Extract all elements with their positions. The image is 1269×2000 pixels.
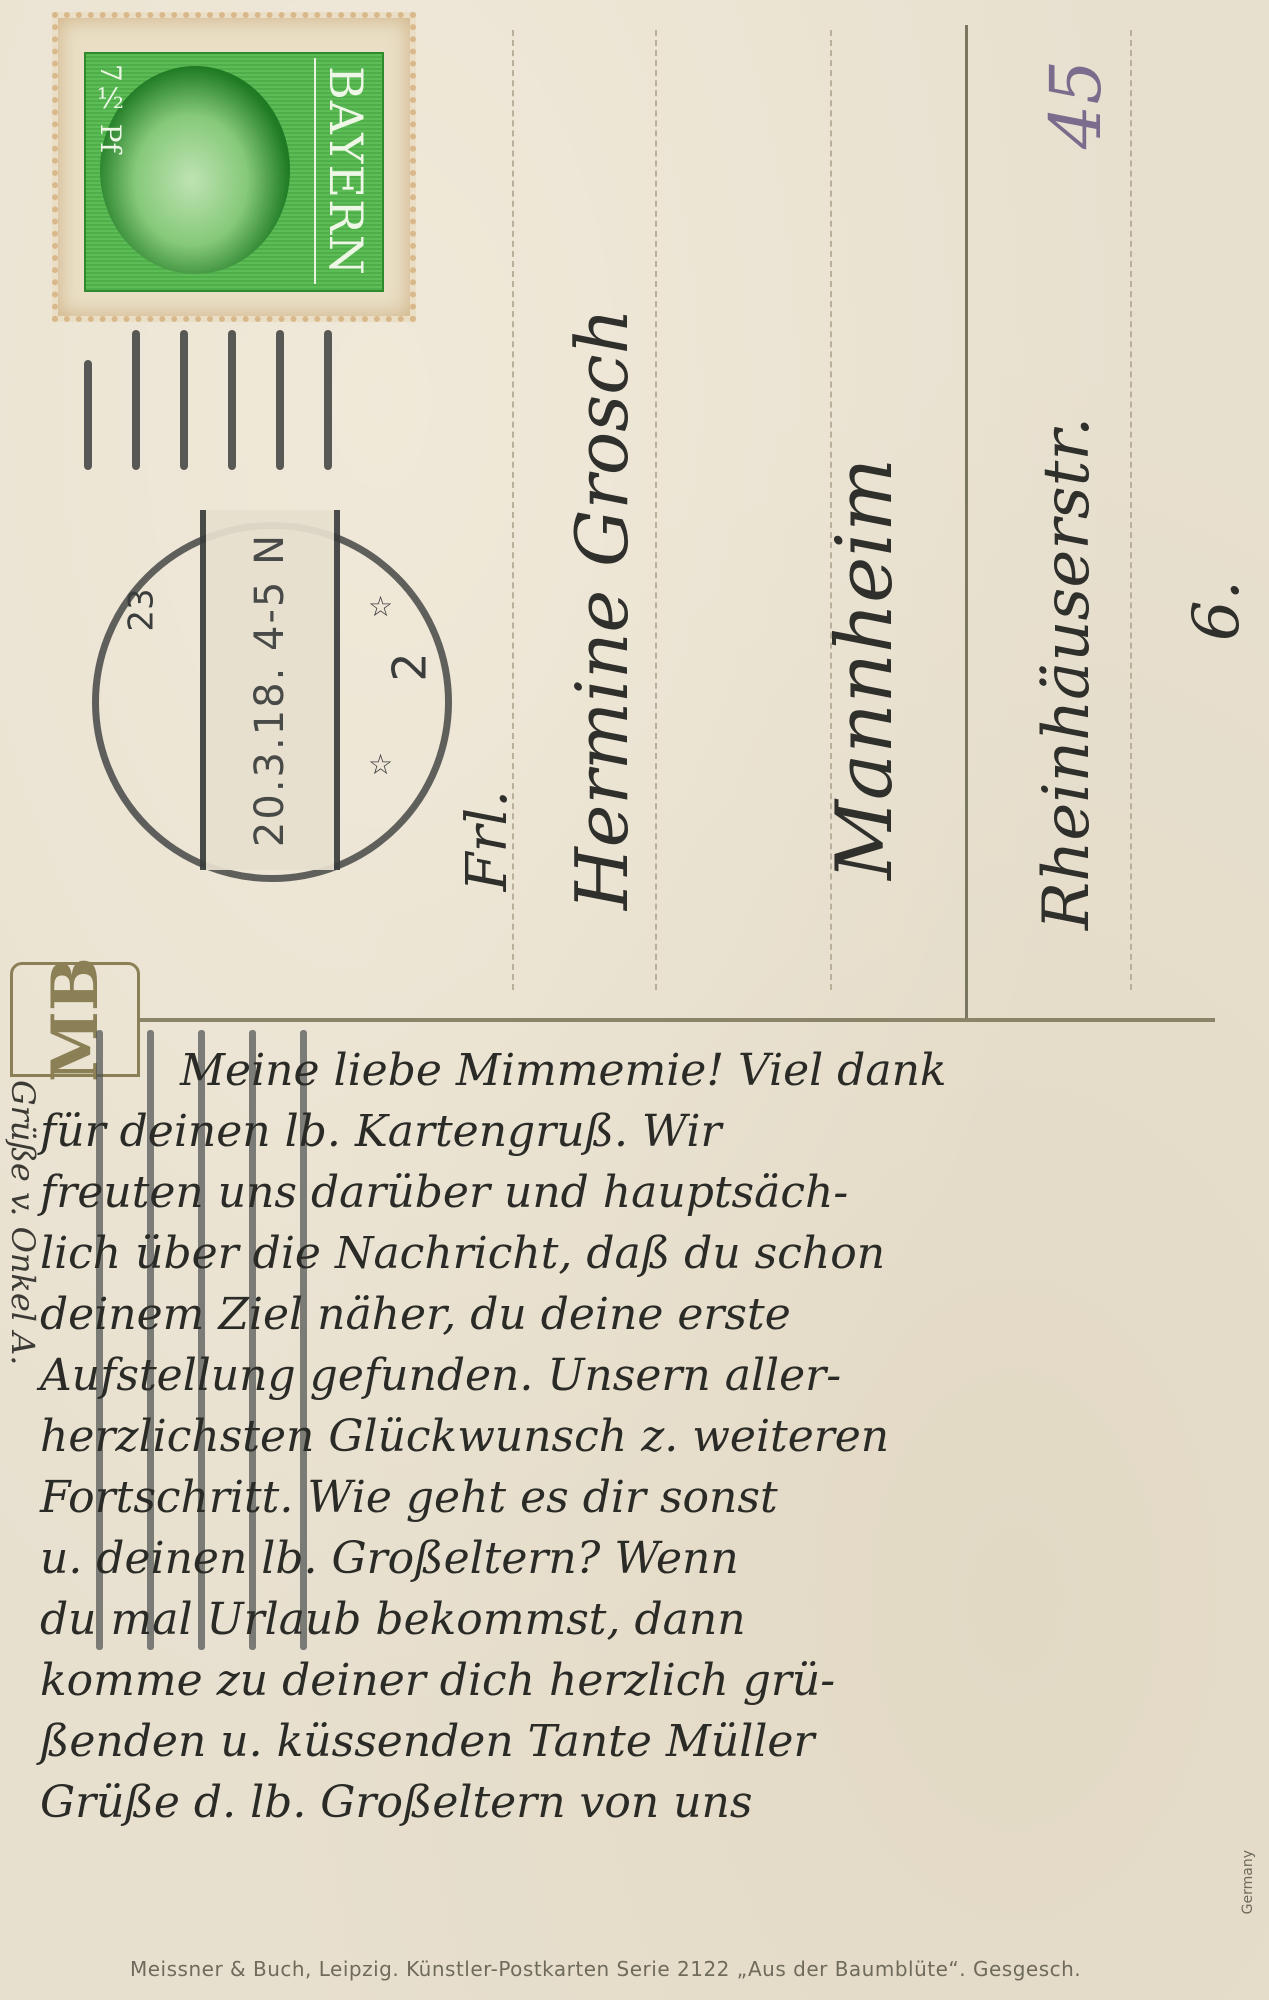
message-line: du mal Urlaub bekommst, dann xyxy=(40,1589,1250,1650)
message-line: deinem Ziel näher, du deine erste xyxy=(40,1284,1250,1345)
address-salutation: Frl. xyxy=(455,790,520,891)
postmark-date-band: 20.3.18. 4-5 N xyxy=(200,510,340,870)
message-line: lich über die Nachricht, daß du schon xyxy=(40,1223,1250,1284)
address-guide-line xyxy=(655,30,657,990)
publisher-imprint: Meissner & Buch, Leipzig. Künstler-Postk… xyxy=(130,1957,1081,1981)
address-guide-line xyxy=(1130,30,1132,990)
handwritten-message: Meine liebe Mimmemie! Viel dank für dein… xyxy=(40,1040,1250,1833)
postmark-date: 20.3.18. 4-5 N xyxy=(247,533,293,847)
stamp-country: BAYERN xyxy=(314,58,376,284)
address-house-number: 45 xyxy=(1035,60,1117,149)
address-name: Hermine Grosch xyxy=(560,150,644,910)
message-line: u. deinen lb. Großeltern? Wenn xyxy=(40,1528,1250,1589)
postage-stamp: 7½ Pf BAYERN xyxy=(52,12,416,322)
message-line: Aufstellung gefunden. Unsern aller- xyxy=(40,1345,1250,1406)
message-line: freuten uns darüber und hauptsäch- xyxy=(40,1162,1250,1223)
country-imprint: Germany xyxy=(1240,1850,1256,1914)
address-city: Mannheim xyxy=(820,260,910,880)
message-line: Grüße d. lb. Großeltern von uns xyxy=(40,1772,1250,1833)
postmark-number: 2 xyxy=(383,652,437,681)
stamp-design: 7½ Pf BAYERN xyxy=(84,52,384,292)
message-line: herzlichsten Glückwunsch z. weiteren xyxy=(40,1406,1250,1467)
message-divider xyxy=(140,1018,1215,1022)
message-line: ßenden u. küssenden Tante Müller xyxy=(40,1711,1250,1772)
address-floor: 6. xyxy=(1180,580,1254,641)
star-icon: ☆ xyxy=(368,748,393,781)
margin-note: Grüße v. Onkel A. xyxy=(4,1080,42,1365)
postmark-top-mark: 23 xyxy=(122,588,162,631)
stamp-value: 7½ Pf xyxy=(94,64,127,153)
stamp-portrait-icon xyxy=(100,66,290,274)
postcard-back: 7½ Pf BAYERN 20.3.18. 4-5 N 2 23 ☆ ☆ Frl… xyxy=(0,0,1269,2000)
message-line: für deinen lb. Kartengruß. Wir xyxy=(40,1101,1250,1162)
cancellation-bars xyxy=(84,330,332,470)
star-icon: ☆ xyxy=(368,590,393,623)
message-line: komme zu deiner dich herzlich grü- xyxy=(40,1650,1250,1711)
address-street: Rheinhäuserstr. xyxy=(1030,230,1104,930)
address-divider xyxy=(965,25,968,1020)
message-line: Meine liebe Mimmemie! Viel dank xyxy=(40,1040,1250,1101)
message-line: Fortschritt. Wie geht es dir sonst xyxy=(40,1467,1250,1528)
